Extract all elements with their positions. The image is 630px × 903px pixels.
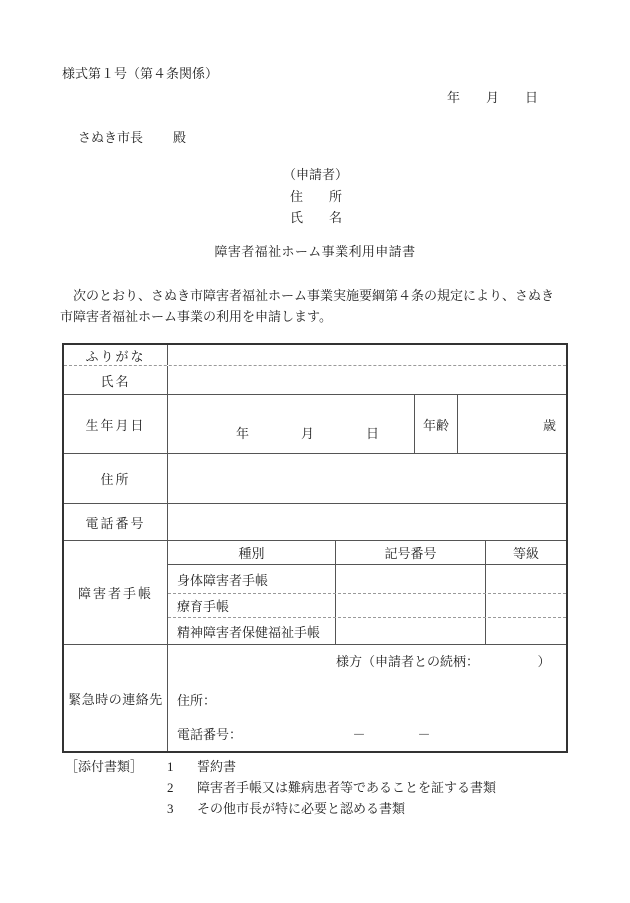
emergency-label: 緊急時の連絡先 xyxy=(64,645,168,751)
handbook-grade-cell xyxy=(486,594,566,617)
address-label: 住所 xyxy=(64,454,168,503)
birthdate-label: 生年月日 xyxy=(64,395,168,453)
attachment-number: 1 xyxy=(167,756,197,777)
applicant-address-label: 住 所 xyxy=(290,186,348,208)
age-value-cell: 歳 xyxy=(458,395,566,453)
attachment-text: その他市長が特に必要と認める書類 xyxy=(197,798,405,819)
table-row-emergency-contact: 緊急時の連絡先 様方（申請者との続柄： ） 住所： 電話番号： － － xyxy=(64,645,566,751)
emergency-phone-line: 電話番号： － － xyxy=(177,724,431,743)
handbook-type-rehabilitation: 療育手帳 xyxy=(168,594,336,617)
body-line-1: 次のとおり、さぬき市障害者福祉ホーム事業実施要綱第４条の規定により、さぬき xyxy=(60,285,572,306)
addressee-line: さぬき市長殿 xyxy=(78,127,186,146)
emergency-value-cell: 様方（申請者との続柄： ） 住所： 電話番号： － － xyxy=(168,645,566,751)
attachments-label: ［添付書類］ xyxy=(65,756,167,819)
handbook-grade-cell xyxy=(486,565,566,593)
handbook-col-type: 種別 xyxy=(168,541,336,564)
table-row-name: 氏名 xyxy=(64,366,566,395)
document-page: 様式第１号（第４条関係） 年 月 日 さぬき市長殿 （申請者） 住 所 氏 名 … xyxy=(0,0,630,903)
birthdate-value-cell: 年 月 日 xyxy=(168,395,415,453)
attachment-item: 3 その他市長が特に必要と認める書類 xyxy=(167,798,496,819)
applicant-block: （申請者） 住 所 氏 名 xyxy=(283,164,348,229)
attachment-text: 誓約書 xyxy=(197,756,236,777)
emergency-address-line: 住所： xyxy=(177,690,216,709)
handbook-type-mental: 精神障害者保健福祉手帳 xyxy=(168,618,336,644)
handbook-col-number: 記号番号 xyxy=(336,541,486,564)
table-row-handbook: 障害者手帳 種別 記号番号 等級 身体障害者手帳 療育手帳 xyxy=(64,541,566,645)
attachments-list: 1 誓約書 2 障害者手帳又は難病患者等であることを証する書類 3 その他市長が… xyxy=(167,756,496,819)
attachment-item: 2 障害者手帳又は難病患者等であることを証する書類 xyxy=(167,777,496,798)
name-value-cell xyxy=(168,366,566,394)
body-paragraph: 次のとおり、さぬき市障害者福祉ホーム事業実施要綱第４条の規定により、さぬき 市障… xyxy=(60,285,572,327)
handbook-number-cell xyxy=(336,618,486,644)
phone-value-cell xyxy=(168,504,566,540)
handbook-subtable: 種別 記号番号 等級 身体障害者手帳 療育手帳 精神障害者保健福祉手帳 xyxy=(168,541,566,644)
form-number: 様式第１号（第４条関係） xyxy=(62,63,218,82)
handbook-header-row: 種別 記号番号 等級 xyxy=(168,541,566,565)
applicant-label: （申請者） xyxy=(283,164,348,186)
handbook-grade-cell xyxy=(486,618,566,644)
address-value-cell xyxy=(168,454,566,503)
addressee-honorific: 殿 xyxy=(173,130,186,145)
date-line: 年 月 日 xyxy=(447,87,538,106)
attachment-number: 3 xyxy=(167,798,197,819)
handbook-row-mental: 精神障害者保健福祉手帳 xyxy=(168,618,566,644)
handbook-col-grade: 等級 xyxy=(486,541,566,564)
attachment-number: 2 xyxy=(167,777,197,798)
document-title: 障害者福祉ホーム事業利用申請書 xyxy=(0,241,630,260)
handbook-row-physical: 身体障害者手帳 xyxy=(168,565,566,594)
name-label: 氏名 xyxy=(64,366,168,394)
attachment-text: 障害者手帳又は難病患者等であることを証する書類 xyxy=(197,777,496,798)
handbook-number-cell xyxy=(336,594,486,617)
table-row-furigana: ふりがな xyxy=(64,345,566,366)
attachment-item: 1 誓約書 xyxy=(167,756,496,777)
table-row-birthdate: 生年月日 年 月 日 年齢 歳 xyxy=(64,395,566,454)
application-table: ふりがな 氏名 生年月日 年 月 日 年齢 歳 住所 電話番号 障害者手帳 xyxy=(62,343,568,753)
addressee: さぬき市長 xyxy=(78,130,143,145)
handbook-type-physical: 身体障害者手帳 xyxy=(168,565,336,593)
handbook-label: 障害者手帳 xyxy=(64,541,168,644)
body-line-2: 市障害者福祉ホーム事業の利用を申請します。 xyxy=(60,306,572,327)
attachments-section: ［添付書類］ 1 誓約書 2 障害者手帳又は難病患者等であることを証する書類 3… xyxy=(65,756,496,819)
age-label: 年齢 xyxy=(415,395,458,453)
emergency-relation-line: 様方（申請者との続柄： ） xyxy=(336,651,551,670)
handbook-number-cell xyxy=(336,565,486,593)
furigana-value-cell xyxy=(168,345,566,365)
phone-label: 電話番号 xyxy=(64,504,168,540)
applicant-name-label: 氏 名 xyxy=(290,207,348,229)
table-row-phone: 電話番号 xyxy=(64,504,566,541)
furigana-label: ふりがな xyxy=(64,345,168,365)
handbook-row-rehabilitation: 療育手帳 xyxy=(168,594,566,618)
table-row-address: 住所 xyxy=(64,454,566,504)
